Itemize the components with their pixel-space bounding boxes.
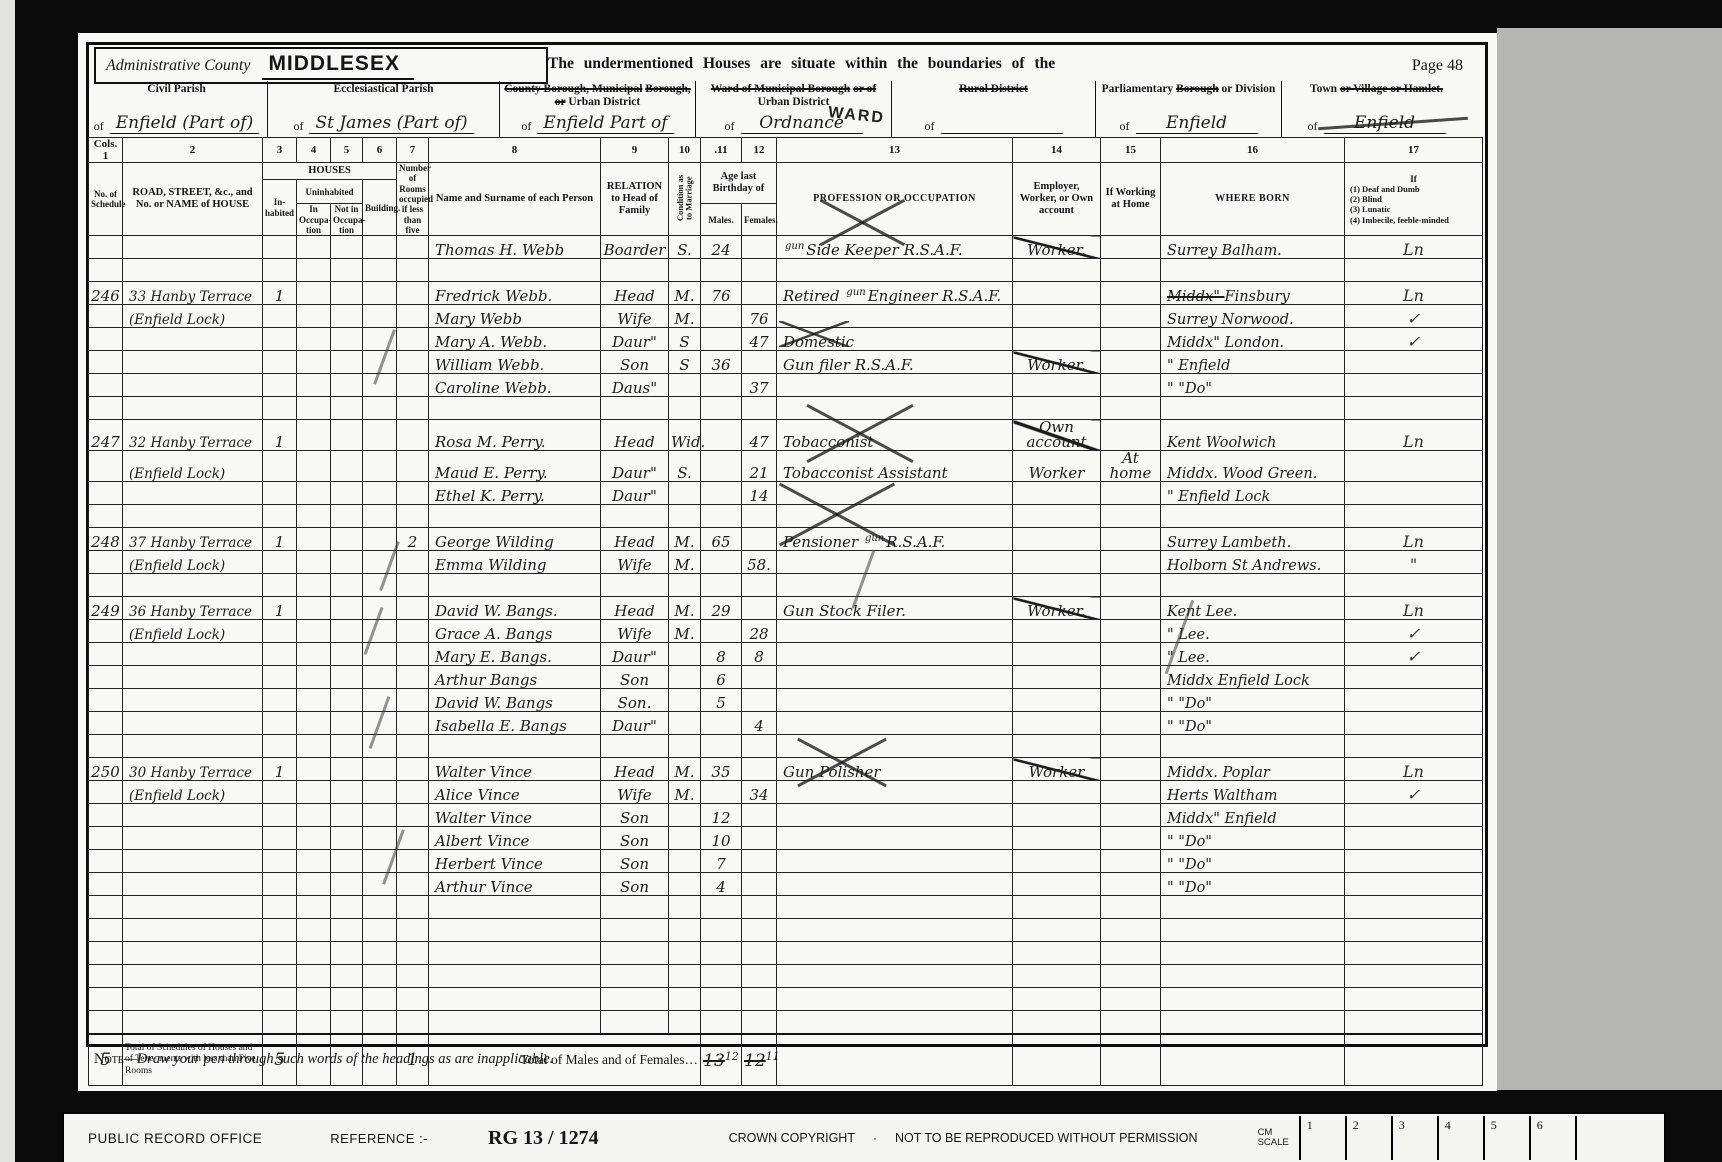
cell-uninhabited-in-occupation — [297, 236, 331, 259]
cell-rooms — [397, 305, 429, 328]
cell-employer: Worker — [1013, 451, 1101, 482]
cell-name: Arthur Vince — [429, 873, 601, 896]
cell-infirmity: Ln — [1345, 420, 1483, 451]
cell-condition — [669, 397, 701, 420]
cell-schedule — [89, 804, 123, 827]
cell-name — [429, 896, 601, 919]
cell-profession — [777, 712, 1013, 735]
cell-infirmity: Ln — [1345, 758, 1483, 781]
census-row — [89, 919, 1483, 942]
cell-relation: Son — [601, 666, 669, 689]
cell-profession — [777, 397, 1013, 420]
census-row: Thomas H. WebbBoarderS.24gunSide Keeper … — [89, 236, 1483, 259]
cell-age-female — [742, 1011, 777, 1034]
cell-where-born: " Lee. — [1161, 643, 1345, 666]
cell-rooms — [397, 397, 429, 420]
administrative-county-label: Administrative County — [106, 57, 250, 75]
cell-where-born: " Enfield Lock — [1161, 482, 1345, 505]
cell-address: (Enfield Lock) — [123, 305, 263, 328]
cell-relation: Daus" — [601, 374, 669, 397]
cell-rooms — [397, 712, 429, 735]
cell-uninhabited-not-in-occupation — [331, 282, 363, 305]
cell-building — [363, 942, 397, 965]
cell-name: Alice Vince — [429, 781, 601, 804]
cell-inhabited — [263, 620, 297, 643]
cell-address: 33 Hanby Terrace — [123, 282, 263, 305]
cell-employer: Worker. — [1013, 351, 1101, 374]
cell-age-female — [742, 597, 777, 620]
cell-inhabited — [263, 236, 297, 259]
census-row — [89, 397, 1483, 420]
col-number: 15 — [1101, 138, 1161, 163]
district-row: Civil Parish ofEnfield (Part of)Ecclesia… — [86, 81, 1485, 137]
cell-condition — [669, 1011, 701, 1034]
cell-name: Walter Vince — [429, 758, 601, 781]
cell-age-female: 76 — [742, 305, 777, 328]
census-row: (Enfield Lock)Grace A. BangsWifeM.28" Le… — [89, 620, 1483, 643]
cell-profession — [777, 827, 1013, 850]
cell-inhabited — [263, 305, 297, 328]
cell-uninhabited-not-in-occupation — [331, 758, 363, 781]
cell-uninhabited-not-in-occupation — [331, 305, 363, 328]
cell-infirmity — [1345, 712, 1483, 735]
cell-relation: Son. — [601, 689, 669, 712]
cell-employer: Worker — [1013, 758, 1101, 781]
cell-address: 36 Hanby Terrace — [123, 597, 263, 620]
census-row: 24837 Hanby Terrace12George WildingHeadM… — [89, 528, 1483, 551]
col-number: Cols. 1 — [89, 138, 123, 163]
cell-condition: M. — [669, 620, 701, 643]
cell-building — [363, 328, 397, 351]
cell-inhabited — [263, 735, 297, 758]
empty-cell — [1345, 1034, 1483, 1086]
cell-where-born: Surrey Balham. — [1161, 236, 1345, 259]
cell-inhabited: 1 — [263, 597, 297, 620]
cell-address — [123, 689, 263, 712]
cell-address: (Enfield Lock) — [123, 620, 263, 643]
note-word: Note — [94, 1051, 124, 1067]
cell-where-born: Middx Enfield Lock — [1161, 666, 1345, 689]
cell-uninhabited-in-occupation — [297, 666, 331, 689]
cell-age-female: 47 — [742, 328, 777, 351]
cell-schedule — [89, 620, 123, 643]
cell-uninhabited-in-occupation — [297, 505, 331, 528]
header-females: Females. — [742, 204, 777, 236]
cell-infirmity — [1345, 804, 1483, 827]
header-inhabited: In- habited — [263, 180, 297, 236]
of-word: of — [94, 119, 104, 134]
born-text: " Enfield Lock — [1167, 489, 1270, 505]
born-text: Middx" London. — [1167, 335, 1284, 351]
cell-schedule — [89, 236, 123, 259]
cell-schedule — [89, 374, 123, 397]
district-label-segment: Borough — [1176, 83, 1219, 95]
cell-name: Albert Vince — [429, 827, 601, 850]
cell-working-at-home — [1101, 850, 1161, 873]
cell-age-female — [742, 505, 777, 528]
cell-age-male: 7 — [701, 850, 742, 873]
empty-cell — [1101, 1034, 1161, 1086]
cell-inhabited — [263, 482, 297, 505]
cell-uninhabited-in-occupation — [297, 574, 331, 597]
cell-profession — [777, 965, 1013, 988]
cell-inhabited — [263, 712, 297, 735]
born-text: " "Do" — [1167, 857, 1212, 873]
cell-relation: Son — [601, 351, 669, 374]
cell-age-male — [701, 259, 742, 282]
cell-building — [363, 551, 397, 574]
cell-infirmity — [1345, 505, 1483, 528]
cell-schedule — [89, 965, 123, 988]
cell-working-at-home — [1101, 505, 1161, 528]
cell-name — [429, 574, 601, 597]
cell-infirmity — [1345, 827, 1483, 850]
district-value: ofEnfield (Part of) — [90, 115, 263, 134]
cell-uninhabited-not-in-occupation — [331, 574, 363, 597]
cell-rooms — [397, 666, 429, 689]
census-row: (Enfield Lock)Emma WildingWifeM.58.Holbo… — [89, 551, 1483, 574]
cell-address: (Enfield Lock) — [123, 551, 263, 574]
cell-uninhabited-not-in-occupation — [331, 351, 363, 374]
occupation-text: R.S.A.F. — [886, 533, 945, 551]
cell-relation: Daur" — [601, 643, 669, 666]
cell-rooms — [397, 451, 429, 482]
cell-profession — [777, 988, 1013, 1011]
of-word: of — [925, 119, 935, 134]
cell-address — [123, 259, 263, 282]
cell-age-female — [742, 574, 777, 597]
cell-infirmity: Ln — [1345, 236, 1483, 259]
cell-address — [123, 942, 263, 965]
cell-age-male — [701, 505, 742, 528]
census-scan-page: Administrative County MIDDLESEX The unde… — [0, 0, 1722, 1162]
cell-inhabited — [263, 259, 297, 282]
header-employer: Employer, Worker, or Own account — [1013, 163, 1101, 236]
cell-rooms — [397, 1011, 429, 1034]
cell-schedule — [89, 896, 123, 919]
cell-uninhabited-in-occupation — [297, 896, 331, 919]
cell-relation — [601, 988, 669, 1011]
cell-uninhabited-in-occupation — [297, 758, 331, 781]
cell-employer — [1013, 873, 1101, 896]
cell-schedule — [89, 574, 123, 597]
col-number: 13 — [777, 138, 1013, 163]
cell-schedule: 249 — [89, 597, 123, 620]
cell-profession — [777, 574, 1013, 597]
born-text: " "Do" — [1167, 719, 1212, 735]
cell-uninhabited-not-in-occupation — [331, 965, 363, 988]
cell-uninhabited-not-in-occupation — [331, 712, 363, 735]
occupation-text: Gun filer R.S.A.F. — [783, 356, 914, 374]
cell-inhabited — [263, 689, 297, 712]
cell-building — [363, 420, 397, 451]
cell-rooms — [397, 827, 429, 850]
cell-address: (Enfield Lock) — [123, 451, 263, 482]
cell-employer — [1013, 528, 1101, 551]
occupation-text: Pensioner — [783, 533, 863, 551]
cell-inhabited — [263, 965, 297, 988]
cell-infirmity — [1345, 988, 1483, 1011]
district-label-segment: Urban District — [758, 96, 830, 108]
cell-working-at-home — [1101, 282, 1161, 305]
cell-condition — [669, 804, 701, 827]
cell-uninhabited-not-in-occupation — [331, 528, 363, 551]
cell-condition — [669, 896, 701, 919]
census-row: (Enfield Lock)Maud E. Perry.Daur"S.21Tob… — [89, 451, 1483, 482]
cell-infirmity — [1345, 735, 1483, 758]
census-table-body: Thomas H. WebbBoarderS.24gunSide Keeper … — [89, 236, 1483, 1086]
census-row: Ethel K. Perry.Daur"14" Enfield Lock — [89, 482, 1483, 505]
header-name: Name and Surname of each Person — [429, 163, 601, 236]
cell-uninhabited-not-in-occupation — [331, 735, 363, 758]
administrative-county-box: Administrative County MIDDLESEX — [94, 47, 548, 84]
cell-uninhabited-in-occupation — [297, 1011, 331, 1034]
cell-age-male: 65 — [701, 528, 742, 551]
cell-relation — [601, 259, 669, 282]
cell-schedule — [89, 1011, 123, 1034]
district-label: Parliamentary Borough or Division — [1100, 83, 1277, 96]
cell-building — [363, 282, 397, 305]
cell-employer — [1013, 896, 1101, 919]
cell-working-at-home — [1101, 420, 1161, 451]
cell-rooms — [397, 259, 429, 282]
header-infirmity: If (1) Deaf and Dumb(2) Blind(3) Lunatic… — [1345, 163, 1483, 236]
district-label-segment: Urban District — [568, 96, 640, 108]
cell-uninhabited-in-occupation — [297, 735, 331, 758]
cell-condition — [669, 988, 701, 1011]
cell-age-male — [701, 896, 742, 919]
born-text: " Lee. — [1167, 650, 1210, 666]
cell-schedule — [89, 689, 123, 712]
infirmity-item: (2) Blind — [1350, 194, 1480, 204]
cell-address — [123, 873, 263, 896]
cell-where-born — [1161, 988, 1345, 1011]
born-struck-text: Middx" — [1167, 289, 1225, 305]
cell-age-male: 29 — [701, 597, 742, 620]
cell-infirmity — [1345, 574, 1483, 597]
cell-relation: Wife — [601, 620, 669, 643]
cell-where-born — [1161, 505, 1345, 528]
cell-condition: M. — [669, 282, 701, 305]
cell-address: (Enfield Lock) — [123, 781, 263, 804]
cell-age-male: 4 — [701, 873, 742, 896]
census-table: Cols. 1 2 3 4 5 6 7 8 9 10 .11 12 13 14 … — [88, 137, 1483, 1086]
cell-age-female — [742, 528, 777, 551]
of-word: of — [521, 119, 531, 134]
cell-name: Walter Vince — [429, 804, 601, 827]
cell-infirmity: " — [1345, 551, 1483, 574]
cell-age-female — [742, 351, 777, 374]
cell-name: David W. Bangs. — [429, 597, 601, 620]
total-females-value: 1211 — [742, 1034, 777, 1086]
cell-address: 37 Hanby Terrace — [123, 528, 263, 551]
district-label-segment: Parliamentary — [1102, 83, 1174, 95]
district-handwritten-value: Enfield (Part of) — [110, 115, 259, 134]
census-row: William Webb.SonS36Gun filer R.S.A.F.Wor… — [89, 351, 1483, 374]
cell-building — [363, 850, 397, 873]
cell-building — [363, 528, 397, 551]
cell-uninhabited-in-occupation — [297, 597, 331, 620]
cell-age-male: 36 — [701, 351, 742, 374]
cell-where-born — [1161, 942, 1345, 965]
ruler-cell: 6 — [1529, 1116, 1575, 1160]
cell-age-female: 34 — [742, 781, 777, 804]
cell-age-female — [742, 850, 777, 873]
cell-working-at-home — [1101, 781, 1161, 804]
cell-working-at-home — [1101, 328, 1161, 351]
females-total: 12 — [744, 1051, 766, 1071]
district-value: ofEnfield — [1100, 115, 1277, 134]
cell-where-born — [1161, 1011, 1345, 1034]
cell-building — [363, 827, 397, 850]
cell-building — [363, 988, 397, 1011]
cell-address — [123, 1011, 263, 1034]
cell-name: Emma Wilding — [429, 551, 601, 574]
district-label-segment: or Village or Hamlet. — [1340, 83, 1443, 95]
cell-employer — [1013, 551, 1101, 574]
cell-employer — [1013, 374, 1101, 397]
cell-relation — [601, 735, 669, 758]
cell-infirmity — [1345, 666, 1483, 689]
cell-rooms — [397, 374, 429, 397]
cell-working-at-home — [1101, 758, 1161, 781]
cell-age-female — [742, 942, 777, 965]
cell-relation: Son — [601, 873, 669, 896]
cell-where-born: Kent Lee. — [1161, 597, 1345, 620]
cell-relation — [601, 397, 669, 420]
cell-inhabited — [263, 328, 297, 351]
district-handwritten-value: St James (Part of) — [309, 115, 473, 134]
cell-employer — [1013, 305, 1101, 328]
infirmity-item: (4) Imbecile, feeble-minded — [1350, 215, 1480, 225]
cell-working-at-home — [1101, 1011, 1161, 1034]
cell-relation — [601, 919, 669, 942]
note-text: —Draw your pen through such words of the… — [124, 1051, 553, 1067]
cell-schedule — [89, 712, 123, 735]
cell-age-female: 4 — [742, 712, 777, 735]
cell-name — [429, 259, 601, 282]
cell-uninhabited-in-occupation — [297, 305, 331, 328]
cell-rooms — [397, 482, 429, 505]
cell-age-male: 12 — [701, 804, 742, 827]
district-value: ofSt James (Part of) — [272, 115, 495, 134]
cell-uninhabited-in-occupation — [297, 551, 331, 574]
cell-schedule — [89, 850, 123, 873]
cell-infirmity: ✓ — [1345, 781, 1483, 804]
header-relation: RELATION to Head of Family — [601, 163, 669, 236]
cell-condition: M. — [669, 305, 701, 328]
cell-address — [123, 735, 263, 758]
cell-uninhabited-in-occupation — [297, 351, 331, 374]
males-corrected: 12 — [725, 1050, 739, 1063]
cell-schedule — [89, 735, 123, 758]
born-text: Kent Lee. — [1167, 604, 1237, 620]
note-line: Note—Draw your pen through such words of… — [94, 1051, 553, 1068]
cell-building — [363, 758, 397, 781]
cell-employer — [1013, 919, 1101, 942]
cell-condition: M. — [669, 597, 701, 620]
cell-schedule — [89, 551, 123, 574]
cell-uninhabited-not-in-occupation — [331, 666, 363, 689]
cell-condition — [669, 666, 701, 689]
cell-uninhabited-not-in-occupation — [331, 689, 363, 712]
col-number: 2 — [123, 138, 263, 163]
cell-building — [363, 374, 397, 397]
cell-relation: Boarder — [601, 236, 669, 259]
cell-inhabited: 1 — [263, 420, 297, 451]
cell-relation — [601, 574, 669, 597]
cell-working-at-home — [1101, 259, 1161, 282]
cell-uninhabited-not-in-occupation — [331, 259, 363, 282]
footer-dot: · — [873, 1131, 877, 1145]
cell-inhabited — [263, 643, 297, 666]
cell-relation: Head — [601, 282, 669, 305]
cell-age-male: 10 — [701, 827, 742, 850]
cell-uninhabited-in-occupation — [297, 689, 331, 712]
administrative-county-value: MIDDLESEX — [262, 52, 414, 80]
census-row: Walter VinceSon12Middx" Enfield — [89, 804, 1483, 827]
cell-address — [123, 236, 263, 259]
cell-where-born — [1161, 919, 1345, 942]
cell-age-female — [742, 689, 777, 712]
col-number: 17 — [1345, 138, 1483, 163]
col-number: .11 — [701, 138, 742, 163]
header-in-occupation: In Occupa- tion — [297, 204, 331, 236]
cell-where-born — [1161, 735, 1345, 758]
cell-age-female — [742, 236, 777, 259]
cell-employer: Worker. — [1013, 597, 1101, 620]
footer-office: PUBLIC RECORD OFFICE — [88, 1131, 262, 1146]
header-working-home: If Working at Home — [1101, 163, 1161, 236]
district-label-segment: Ward of Municipal Borough — [711, 83, 850, 95]
cell-uninhabited-in-occupation — [297, 328, 331, 351]
cell-uninhabited-in-occupation — [297, 712, 331, 735]
cell-where-born: Kent Woolwich — [1161, 420, 1345, 451]
cell-employer — [1013, 643, 1101, 666]
cell-age-male — [701, 1011, 742, 1034]
cell-building — [363, 689, 397, 712]
cell-age-female — [742, 758, 777, 781]
cell-profession — [777, 689, 1013, 712]
header-condition: Condition as to Marriage — [669, 163, 701, 236]
cell-where-born: " "Do" — [1161, 873, 1345, 896]
occupation-text: Retired — [783, 287, 844, 305]
born-text: Finsbury — [1225, 289, 1290, 305]
cell-schedule: 248 — [89, 528, 123, 551]
cell-uninhabited-not-in-occupation — [331, 374, 363, 397]
cell-building — [363, 482, 397, 505]
cell-name — [429, 1011, 601, 1034]
born-text: Surrey Norwood. — [1167, 312, 1294, 328]
cell-inhabited — [263, 896, 297, 919]
cell-schedule — [89, 988, 123, 1011]
cell-uninhabited-in-occupation — [297, 919, 331, 942]
cell-relation: Head — [601, 758, 669, 781]
cell-rooms — [397, 351, 429, 374]
cell-where-born — [1161, 965, 1345, 988]
cell-condition — [669, 919, 701, 942]
occupation-text: Tobacconist Assistant — [783, 464, 948, 482]
district-label-segment: County Borough, Municipal — [504, 83, 642, 95]
header-profession: PROFESSION OR OCCUPATION — [777, 163, 1013, 236]
occupation-text: Tobacconist — [783, 433, 873, 451]
cell-condition — [669, 482, 701, 505]
cell-profession: Gun Polisher — [777, 758, 1013, 781]
total-males-value: 1312 — [701, 1034, 742, 1086]
cell-address — [123, 919, 263, 942]
cell-relation: Head — [601, 597, 669, 620]
cell-relation: Son — [601, 850, 669, 873]
